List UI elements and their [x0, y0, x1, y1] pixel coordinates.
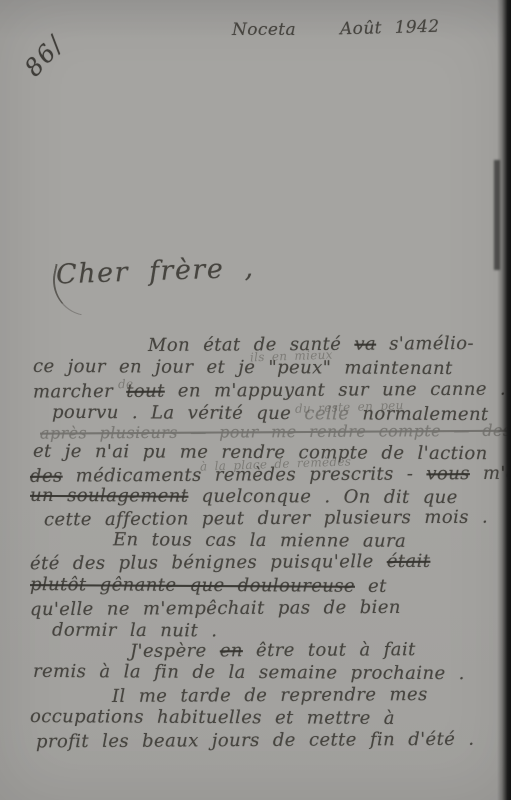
handwritten-line: dormir la nuit . [52, 622, 217, 641]
handwritten-line: remis à la fin de la semaine prochaine . [33, 663, 465, 683]
handwritten-text: été des plus bénignes puisqu'elle [30, 551, 387, 574]
handwritten-text: était [387, 551, 431, 572]
handwritten-line: Il me tarde de reprendre mes [112, 686, 428, 706]
handwritten-text: médicaments [63, 465, 215, 487]
handwritten-text: des [30, 466, 63, 487]
handwritten-text: qu'elle ne m'empêchait pas de bien [30, 597, 401, 620]
handwritten-text: remis à la fin de la semaine prochaine . [33, 661, 465, 684]
handwritten-text: ce jour en jour et je "peux" maintenant [33, 356, 453, 379]
handwritten-text: J'espère [130, 640, 220, 662]
handwritten-text: dormir la nuit . [52, 620, 217, 642]
scan-edge-shadow [497, 0, 511, 800]
handwritten-text: s'amélio- [376, 333, 474, 355]
handwritten-text: profit les beaux jours de cette fin d'ét… [36, 729, 475, 753]
scanned-letter-page: 86/ Noceta Août 1942 Cher frère , Mon ét… [0, 0, 511, 800]
handwritten-line: un soulagement quelconque . On dit que [30, 487, 458, 507]
handwritten-text: pourvu . La vérité que [52, 402, 304, 424]
handwritten-text: un soulagement [30, 485, 188, 507]
handwritten-text: va [354, 334, 376, 355]
handwritten-text: Il me tarde de reprendre mes [112, 684, 428, 707]
letterhead-date: Août 1942 [340, 19, 440, 39]
handwritten-text: En tous cas la mienne aura [113, 529, 406, 552]
handwritten-line: occupations habituelles et mettre à [30, 708, 395, 728]
handwritten-text: vous [426, 463, 470, 484]
handwritten-text: quelconque . On dit que [188, 486, 457, 508]
handwritten-line: marcher tout en m'appuyant sur une canne… [33, 381, 506, 402]
interline-insertion: de [118, 377, 134, 392]
interline-insertion: ils en mieux [250, 348, 333, 365]
handwritten-text: marcher [33, 381, 126, 403]
handwritten-text: en m'appuyant sur une canne . [165, 379, 506, 402]
handwritten-line: été des plus bénignes puisqu'elle était [30, 553, 431, 573]
handwritten-text: être tout à fait [243, 639, 416, 661]
handwritten-line: ce jour en jour et je "peux" maintenant [33, 358, 453, 378]
handwritten-line: profit les beaux jours de cette fin d'ét… [36, 731, 475, 752]
handwritten-text: après plusieurs — pour me rendre compte … [40, 420, 511, 442]
handwritten-text: cette affection peut durer plusieurs moi… [44, 507, 488, 531]
handwritten-text: en [220, 640, 243, 661]
handwritten-line: plutôt gênante que douloureuse et [30, 576, 387, 596]
handwritten-line: cette affection peut durer plusieurs moi… [44, 509, 488, 530]
handwritten-text: occupations habituelles et mettre à [30, 706, 395, 729]
handwritten-line: En tous cas la mienne aura [113, 531, 406, 551]
handwritten-line: qu'elle ne m'empêchait pas de bien [30, 599, 401, 619]
archive-number-mark: 86/ [19, 30, 70, 82]
handwritten-line: J'espère en être tout à fait [130, 641, 416, 661]
letterhead-place: Noceta [232, 22, 296, 39]
handwritten-line: après plusieurs — pour me rendre compte … [40, 422, 511, 441]
salutation: Cher frère , [56, 255, 255, 289]
handwritten-text: et [355, 576, 387, 597]
handwritten-text: plutôt gênante que douloureuse [30, 574, 355, 597]
